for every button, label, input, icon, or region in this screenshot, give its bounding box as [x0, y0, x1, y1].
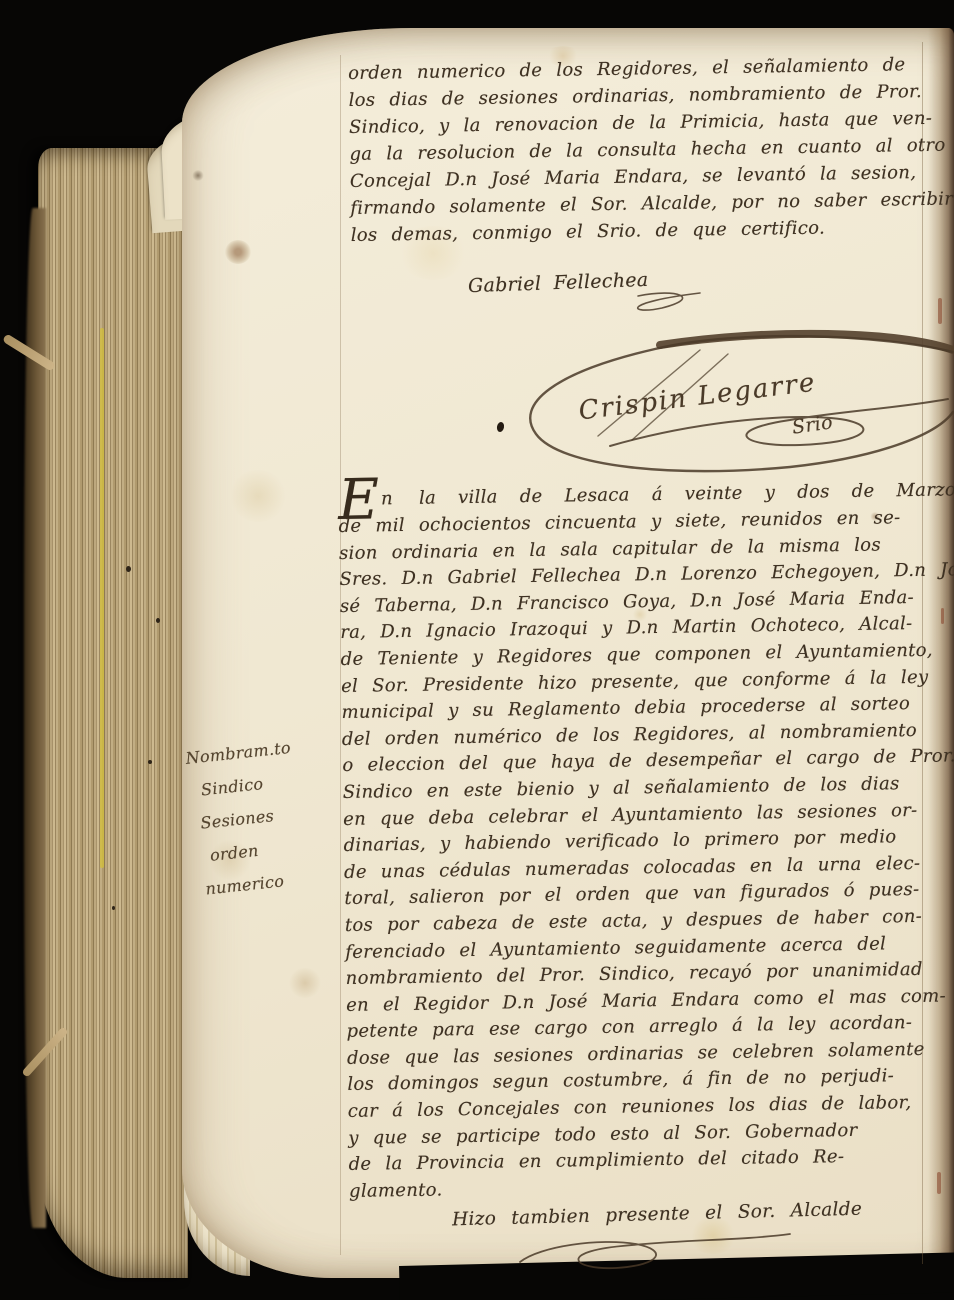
- stain: [288, 968, 322, 998]
- speck: [156, 618, 160, 623]
- book-scan: orden numerico de los Regidores, el seña…: [0, 0, 954, 1300]
- margin-note: Nombram.toSindicoSesionesordennumerico: [184, 725, 360, 906]
- speck: [112, 906, 115, 910]
- first-line-text: la villa de Lesaca á veinte y dos de Mar…: [419, 479, 954, 508]
- drop-cap-rest: n: [381, 488, 393, 509]
- speck: [126, 566, 131, 572]
- edge-mark: [941, 608, 944, 624]
- stain: [225, 240, 251, 264]
- session-act-paragraph: Enla villa de Lesaca á veinte y dos de M…: [338, 478, 941, 1206]
- stain: [192, 170, 204, 181]
- book-fore-edge: [38, 148, 188, 1278]
- speck: [148, 760, 152, 764]
- act-paragraph-lines: de mil ochocientos cincuenta y siete, re…: [338, 505, 941, 1206]
- yellow-page-stripe: [100, 328, 104, 868]
- closing-paragraph: orden numerico de los Regidores, el seña…: [348, 51, 936, 249]
- stain: [228, 470, 288, 522]
- edge-mark: [938, 298, 942, 324]
